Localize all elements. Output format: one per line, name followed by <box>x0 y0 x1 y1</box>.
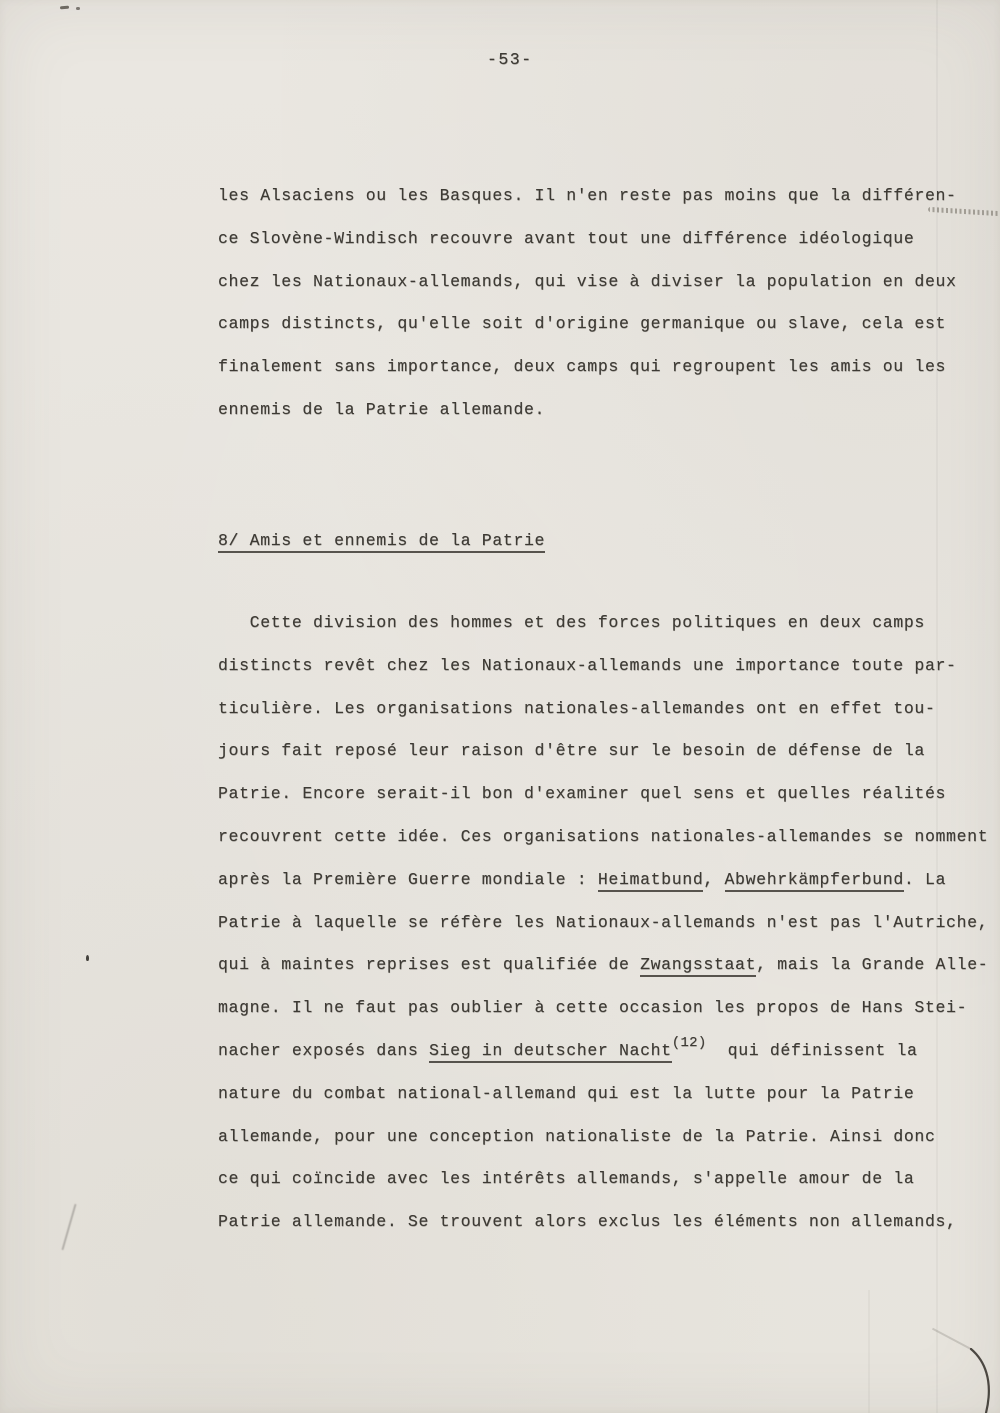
text-segment: camps distincts, qu'elle soit d'origine … <box>218 314 946 333</box>
text-line: Patrie allemande. Se trouvent alors excl… <box>218 1201 988 1244</box>
text-segment: après la Première Guerre mondiale : <box>218 870 598 889</box>
text-line: 8/ Amis et ennemis de la Patrie <box>218 520 545 563</box>
text-line: qui à maintes reprises est qualifiée de … <box>218 944 988 987</box>
text-line: après la Première Guerre mondiale : Heim… <box>218 859 988 902</box>
text-line: finalement sans importance, deux camps q… <box>218 346 957 389</box>
intro-paragraph: les Alsaciens ou les Basques. Il n'en re… <box>218 175 957 432</box>
text-segment: Patrie à laquelle se réfère les Nationau… <box>218 913 988 932</box>
text-line: nacher exposés dans Sieg in deutscher Na… <box>218 1030 988 1073</box>
text-segment: ce qui coïncide avec les intérêts allema… <box>218 1169 914 1188</box>
text-segment: qui définissent la <box>707 1041 918 1060</box>
footnote-reference: (12) <box>672 1035 707 1051</box>
text-line: ennemis de la Patrie allemande. <box>218 389 957 432</box>
text-line: camps distincts, qu'elle soit d'origine … <box>218 303 957 346</box>
body-paragraph: Cette division des hommes et des forces … <box>218 602 988 1244</box>
section-heading: 8/ Amis et ennemis de la Patrie <box>218 520 545 563</box>
underlined-text: Abwehrkämpferbund <box>725 870 904 892</box>
text-line: chez les Nationaux-allemands, qui vise à… <box>218 261 957 304</box>
text-segment: magne. Il ne faut pas oublier à cette oc… <box>218 998 967 1017</box>
text-segment: qui à maintes reprises est qualifiée de <box>218 955 640 974</box>
text-segment: jours fait reposé leur raison d'être sur… <box>218 741 925 760</box>
scanned-page: -53- les Alsaciens ou les Basques. Il n'… <box>0 0 1000 1413</box>
top-left-ink-speck <box>76 7 80 10</box>
page-number: -53- <box>487 50 533 69</box>
underlined-text: Zwangsstaat <box>640 955 756 977</box>
text-segment: allemande, pour une conception nationali… <box>218 1127 936 1146</box>
text-segment: distincts revêt chez les Nationaux-allem… <box>218 656 957 675</box>
text-line: Cette division des hommes et des forces … <box>218 602 988 645</box>
text-line: jours fait reposé leur raison d'être sur… <box>218 730 988 773</box>
text-line: ticulière. Les organisations nationales-… <box>218 688 988 731</box>
left-margin-pencil-slash <box>61 1204 76 1251</box>
text-segment: Cette division des hommes et des forces … <box>218 613 925 632</box>
text-line: magne. Il ne faut pas oublier à cette oc… <box>218 987 988 1030</box>
text-segment: ticulière. Les organisations nationales-… <box>218 699 936 718</box>
text-segment: Patrie allemande. Se trouvent alors excl… <box>218 1212 957 1231</box>
right-edge-crease <box>936 0 938 1413</box>
text-segment: Patrie. Encore serait-il bon d'examiner … <box>218 784 946 803</box>
text-segment: ce Slovène-Windisch recouvre avant tout … <box>218 229 914 248</box>
top-left-ink-speck <box>60 6 69 9</box>
text-line: ce qui coïncide avec les intérêts allema… <box>218 1158 988 1201</box>
underlined-text: Sieg in deutscher Nacht <box>429 1041 672 1063</box>
text-line: Patrie. Encore serait-il bon d'examiner … <box>218 773 988 816</box>
bottom-right-pen-stroke <box>968 1348 998 1413</box>
text-segment: finalement sans importance, deux camps q… <box>218 357 946 376</box>
text-segment: . La <box>904 870 946 889</box>
text-segment: nature du combat national-allemand qui e… <box>218 1084 914 1103</box>
bottom-right-scratch <box>932 1328 972 1350</box>
text-line: distincts revêt chez les Nationaux-allem… <box>218 645 988 688</box>
text-line: les Alsaciens ou les Basques. Il n'en re… <box>218 175 957 218</box>
text-line: Patrie à laquelle se réfère les Nationau… <box>218 902 988 945</box>
text-segment: recouvrent cette idée. Ces organisations… <box>218 827 988 846</box>
text-segment: les Alsaciens ou les Basques. Il n'en re… <box>218 186 957 205</box>
underlined-text: Heimatbund <box>598 870 704 892</box>
left-margin-ink-speck <box>86 955 89 961</box>
underlined-text: 8/ Amis et ennemis de la Patrie <box>218 531 545 553</box>
text-segment: nacher exposés dans <box>218 1041 429 1060</box>
bottom-right-crease <box>868 1290 870 1413</box>
text-line: ce Slovène-Windisch recouvre avant tout … <box>218 218 957 261</box>
text-line: allemande, pour une conception nationali… <box>218 1116 988 1159</box>
text-line: nature du combat national-allemand qui e… <box>218 1073 988 1116</box>
text-segment: chez les Nationaux-allemands, qui vise à… <box>218 272 957 291</box>
text-segment: , <box>703 870 724 889</box>
text-segment: , mais la Grande Alle- <box>756 955 988 974</box>
text-line: recouvrent cette idée. Ces organisations… <box>218 816 988 859</box>
text-segment: ennemis de la Patrie allemande. <box>218 400 545 419</box>
